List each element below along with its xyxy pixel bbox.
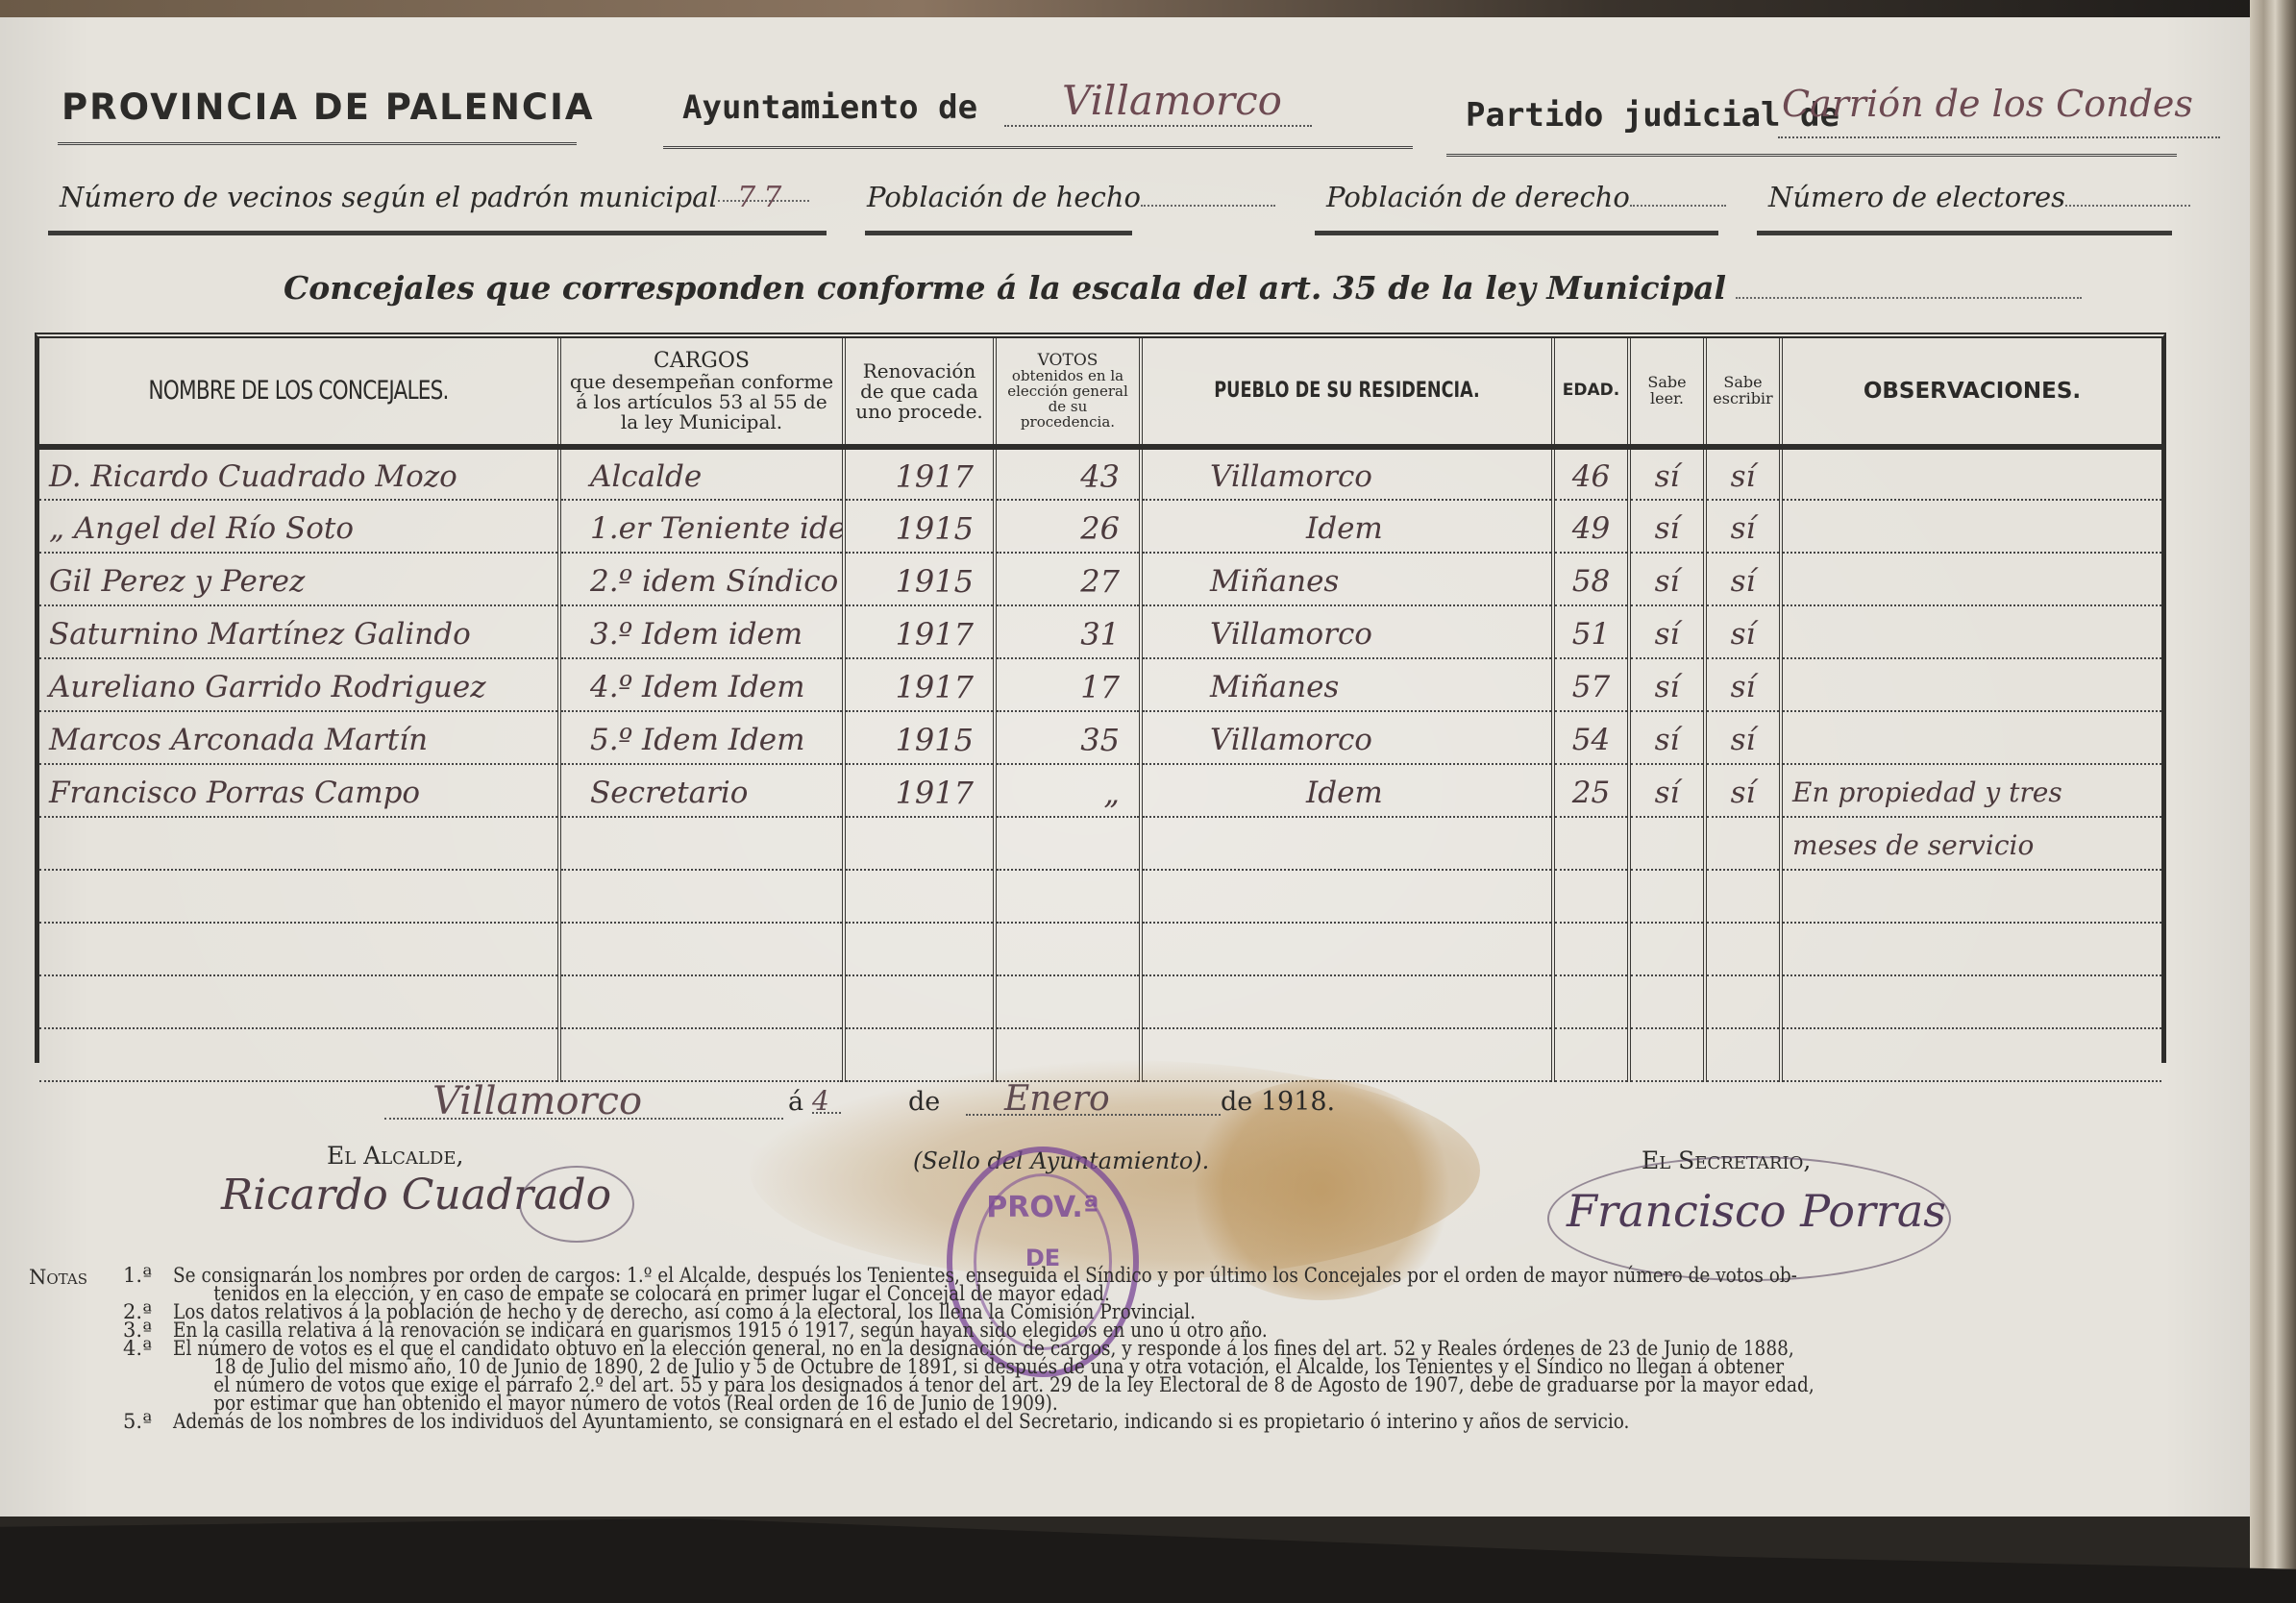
cell-sabe-escribir[interactable] bbox=[1705, 870, 1781, 923]
cell-votos[interactable]: 31 bbox=[995, 605, 1141, 658]
cell-renovacion[interactable] bbox=[844, 923, 995, 975]
cell-cargo[interactable]: Alcalde bbox=[559, 447, 844, 500]
col-header-observaciones: OBSERVACIONES. bbox=[1781, 338, 2161, 447]
cell-cargo[interactable]: 1.er Teniente idem bbox=[559, 500, 844, 553]
cell-observaciones[interactable] bbox=[1781, 553, 2161, 605]
note-item: 4.ªEl número de votos es el que el candi… bbox=[29, 1340, 2172, 1413]
cell-cargo[interactable] bbox=[559, 923, 844, 975]
cell-sabe-leer[interactable]: sí bbox=[1629, 605, 1705, 658]
cell-edad[interactable] bbox=[1553, 923, 1629, 975]
cell-nombre[interactable]: Gil Perez y Perez bbox=[39, 553, 559, 605]
notes-section: Notas 1.ªSe consignarán los nombres por … bbox=[29, 1267, 2172, 1431]
cell-renovacion[interactable] bbox=[844, 975, 995, 1028]
cell-cargo[interactable] bbox=[559, 975, 844, 1028]
cell-observaciones[interactable] bbox=[1781, 711, 2161, 764]
cell-sabe-escribir[interactable] bbox=[1705, 817, 1781, 870]
alcalde-label: El Alcalde, bbox=[327, 1142, 463, 1170]
cell-sabe-escribir[interactable]: sí bbox=[1705, 605, 1781, 658]
cell-pueblo[interactable] bbox=[1141, 975, 1553, 1028]
cell-edad[interactable]: 57 bbox=[1553, 658, 1629, 711]
cell-votos[interactable]: 35 bbox=[995, 711, 1141, 764]
table-row: D. Ricardo Cuadrado MozoAlcalde191743Vil… bbox=[39, 447, 2161, 500]
cell-nombre[interactable]: Francisco Porras Campo bbox=[39, 764, 559, 817]
cell-renovacion[interactable]: 1917 bbox=[844, 764, 995, 817]
cell-sabe-leer[interactable] bbox=[1629, 870, 1705, 923]
col-header-renovacion: Renovación de que cada uno procede. bbox=[844, 338, 995, 447]
cell-votos[interactable] bbox=[995, 923, 1141, 975]
cell-sabe-escribir[interactable]: sí bbox=[1705, 447, 1781, 500]
divider bbox=[1446, 154, 2177, 159]
col-header-pueblo: PUEBLO DE SU RESIDENCIA. bbox=[1141, 338, 1553, 447]
table-row: Gil Perez y Perez2.º idem Síndico191527M… bbox=[39, 553, 2161, 605]
table-row: „ Angel del Río Soto1.er Teniente idem19… bbox=[39, 500, 2161, 553]
cell-votos[interactable]: 27 bbox=[995, 553, 1141, 605]
cell-cargo[interactable] bbox=[559, 1028, 844, 1081]
cell-cargo[interactable]: 2.º idem Síndico bbox=[559, 553, 844, 605]
cell-sabe-leer[interactable] bbox=[1629, 923, 1705, 975]
cell-pueblo[interactable] bbox=[1141, 817, 1553, 870]
month-field[interactable]: Enero bbox=[966, 1079, 1221, 1116]
cell-sabe-escribir[interactable]: sí bbox=[1705, 658, 1781, 711]
cell-observaciones[interactable] bbox=[1781, 1028, 2161, 1081]
concejales-table: NOMBRE DE LOS CONCEJALES. CARGOSque dese… bbox=[35, 333, 2166, 1063]
cell-sabe-leer[interactable]: sí bbox=[1629, 711, 1705, 764]
province-title: PROVINCIA DE PALENCIA bbox=[62, 86, 594, 128]
table-row: meses de servicio bbox=[39, 817, 2161, 870]
cell-observaciones[interactable] bbox=[1781, 500, 2161, 553]
electores-label: Número de electores bbox=[1768, 181, 2065, 213]
cell-sabe-escribir[interactable] bbox=[1705, 1028, 1781, 1081]
col-header-votos: VOTOSobtenidos en la elección general de… bbox=[995, 338, 1141, 447]
cell-votos[interactable] bbox=[995, 975, 1141, 1028]
divider bbox=[58, 142, 577, 147]
signature-flourish bbox=[1547, 1156, 1951, 1281]
cell-edad[interactable]: 58 bbox=[1553, 553, 1629, 605]
cell-renovacion[interactable]: 1917 bbox=[844, 658, 995, 711]
cell-renovacion[interactable] bbox=[844, 870, 995, 923]
cell-cargo[interactable]: Secretario bbox=[559, 764, 844, 817]
book-page-edges bbox=[2250, 0, 2296, 1603]
cell-sabe-leer[interactable]: sí bbox=[1629, 553, 1705, 605]
cell-renovacion[interactable]: 1915 bbox=[844, 500, 995, 553]
cell-sabe-leer[interactable]: sí bbox=[1629, 658, 1705, 711]
concejales-escala-line: Concejales que corresponden conforme á l… bbox=[284, 269, 2082, 307]
cell-edad[interactable] bbox=[1553, 817, 1629, 870]
cell-sabe-escribir[interactable]: sí bbox=[1705, 764, 1781, 817]
cell-nombre[interactable]: D. Ricardo Cuadrado Mozo bbox=[39, 447, 559, 500]
book-shadow bbox=[0, 1518, 2296, 1603]
cell-nombre[interactable] bbox=[39, 870, 559, 923]
cell-observaciones[interactable] bbox=[1781, 923, 2161, 975]
document-page: PROVINCIA DE PALENCIA Ayuntamiento de Vi… bbox=[0, 17, 2254, 1517]
cell-sabe-escribir[interactable] bbox=[1705, 975, 1781, 1028]
note-item: 1.ªSe consignarán los nombres por orden … bbox=[29, 1267, 2172, 1303]
cell-votos[interactable]: 43 bbox=[995, 447, 1141, 500]
cell-nombre[interactable]: Saturnino Martínez Galindo bbox=[39, 605, 559, 658]
cell-observaciones[interactable]: meses de servicio bbox=[1781, 817, 2161, 870]
cell-cargo[interactable] bbox=[559, 870, 844, 923]
cell-observaciones[interactable] bbox=[1781, 447, 2161, 500]
cell-sabe-leer[interactable]: sí bbox=[1629, 447, 1705, 500]
divider bbox=[48, 231, 827, 235]
poblacion-derecho-group: Población de derecho bbox=[1326, 181, 1726, 213]
cell-cargo[interactable] bbox=[559, 817, 844, 870]
cell-nombre[interactable] bbox=[39, 817, 559, 870]
day-field[interactable]: 4 bbox=[812, 1085, 841, 1114]
cell-renovacion[interactable]: 1915 bbox=[844, 711, 995, 764]
cell-sabe-leer[interactable] bbox=[1629, 975, 1705, 1028]
cell-renovacion[interactable]: 1917 bbox=[844, 447, 995, 500]
divider bbox=[1315, 231, 1718, 235]
population-fields: Número de vecinos según el padrón munici… bbox=[48, 181, 2162, 248]
poblacion-hecho-group: Población de hecho bbox=[867, 181, 1275, 213]
cell-votos[interactable] bbox=[995, 870, 1141, 923]
cell-votos[interactable]: 17 bbox=[995, 658, 1141, 711]
cell-nombre[interactable]: Marcos Arconada Martín bbox=[39, 711, 559, 764]
table-row bbox=[39, 870, 2161, 923]
cell-edad[interactable]: 25 bbox=[1553, 764, 1629, 817]
vecinos-label: Número de vecinos según el padrón munici… bbox=[60, 181, 718, 213]
col-header-cargos: CARGOSque desempeñan conforme á los artí… bbox=[559, 338, 844, 447]
electores-group: Número de electores bbox=[1768, 181, 2190, 213]
table-row bbox=[39, 975, 2161, 1028]
table-row: Saturnino Martínez Galindo3.º Idem idem1… bbox=[39, 605, 2161, 658]
note-text-line: Además de los nombres de los individuos … bbox=[173, 1413, 1932, 1431]
table-row: Francisco Porras CampoSecretario1917„Ide… bbox=[39, 764, 2161, 817]
cell-votos[interactable] bbox=[995, 817, 1141, 870]
document-header: PROVINCIA DE PALENCIA Ayuntamiento de Vi… bbox=[58, 77, 2162, 154]
vecinos-field[interactable]: 77 bbox=[718, 181, 809, 202]
col-header-nombre: NOMBRE DE LOS CONCEJALES. bbox=[39, 338, 559, 447]
cell-observaciones[interactable]: En propiedad y tres bbox=[1781, 764, 2161, 817]
concejales-field[interactable] bbox=[1736, 280, 2082, 299]
place-field[interactable]: Villamorco bbox=[384, 1079, 783, 1120]
note-number: 5.ª bbox=[123, 1413, 152, 1431]
cell-sabe-escribir[interactable]: sí bbox=[1705, 711, 1781, 764]
year-label: de 1918. bbox=[1221, 1087, 1335, 1117]
cell-pueblo[interactable]: Idem bbox=[1141, 500, 1553, 553]
poblacion-hecho-field[interactable] bbox=[1141, 185, 1275, 207]
cell-renovacion[interactable]: 1917 bbox=[844, 605, 995, 658]
col-header-sabe-leer: Sabe leer. bbox=[1629, 338, 1705, 447]
cell-sabe-leer[interactable] bbox=[1629, 817, 1705, 870]
cell-nombre[interactable]: „ Angel del Río Soto bbox=[39, 500, 559, 553]
ayuntamiento-label: Ayuntamiento de bbox=[682, 88, 977, 127]
cell-nombre[interactable]: Aureliano Garrido Rodriguez bbox=[39, 658, 559, 711]
cell-sabe-leer[interactable]: sí bbox=[1629, 500, 1705, 553]
cell-renovacion[interactable]: 1915 bbox=[844, 553, 995, 605]
cell-observaciones[interactable] bbox=[1781, 975, 2161, 1028]
cell-pueblo[interactable]: Miñanes bbox=[1141, 658, 1553, 711]
note-item: 5.ªAdemás de los nombres de los individu… bbox=[29, 1413, 2172, 1431]
cell-nombre[interactable] bbox=[39, 923, 559, 975]
cell-renovacion[interactable] bbox=[844, 817, 995, 870]
table-row: Marcos Arconada Martín5.º Idem Idem19153… bbox=[39, 711, 2161, 764]
cell-sabe-escribir[interactable]: sí bbox=[1705, 500, 1781, 553]
col-header-sabe-escribir: Sabe escribir bbox=[1705, 338, 1781, 447]
cell-nombre[interactable] bbox=[39, 975, 559, 1028]
cell-cargo[interactable]: 4.º Idem Idem bbox=[559, 658, 844, 711]
cell-edad[interactable]: 51 bbox=[1553, 605, 1629, 658]
cell-pueblo[interactable]: Villamorco bbox=[1141, 711, 1553, 764]
cell-edad[interactable] bbox=[1553, 1028, 1629, 1081]
cell-edad[interactable] bbox=[1553, 975, 1629, 1028]
cell-sabe-leer[interactable]: sí bbox=[1629, 764, 1705, 817]
cell-pueblo[interactable]: Miñanes bbox=[1141, 553, 1553, 605]
cell-observaciones[interactable] bbox=[1781, 870, 2161, 923]
de-label: de bbox=[908, 1087, 940, 1117]
poblacion-hecho-label: Población de hecho bbox=[867, 181, 1141, 213]
divider bbox=[865, 231, 1132, 235]
cell-cargo[interactable]: 3.º Idem idem bbox=[559, 605, 844, 658]
cell-sabe-leer[interactable] bbox=[1629, 1028, 1705, 1081]
table-header-row: NOMBRE DE LOS CONCEJALES. CARGOSque dese… bbox=[39, 338, 2161, 447]
vecinos-group: Número de vecinos según el padrón munici… bbox=[60, 181, 809, 213]
cell-sabe-escribir[interactable]: sí bbox=[1705, 553, 1781, 605]
cell-nombre[interactable] bbox=[39, 1028, 559, 1081]
partido-field[interactable]: Carrión de los Condes bbox=[1778, 83, 2220, 138]
poblacion-derecho-label: Población de derecho bbox=[1326, 181, 1630, 213]
divider bbox=[1757, 231, 2172, 235]
cell-sabe-escribir[interactable] bbox=[1705, 923, 1781, 975]
cell-pueblo[interactable]: Villamorco bbox=[1141, 447, 1553, 500]
a-label: á bbox=[788, 1087, 803, 1117]
cell-pueblo[interactable] bbox=[1141, 870, 1553, 923]
cell-edad[interactable]: 49 bbox=[1553, 500, 1629, 553]
table-row: Aureliano Garrido Rodriguez4.º Idem Idem… bbox=[39, 658, 2161, 711]
divider bbox=[663, 146, 1413, 151]
cell-pueblo[interactable] bbox=[1141, 923, 1553, 975]
cell-observaciones[interactable] bbox=[1781, 658, 2161, 711]
poblacion-derecho-field[interactable] bbox=[1630, 185, 1726, 207]
cell-observaciones[interactable] bbox=[1781, 605, 2161, 658]
note-number: 4.ª bbox=[123, 1340, 152, 1358]
cell-edad[interactable] bbox=[1553, 870, 1629, 923]
table-row bbox=[39, 923, 2161, 975]
ayuntamiento-field[interactable]: Villamorco bbox=[1004, 77, 1312, 127]
cell-cargo[interactable]: 5.º Idem Idem bbox=[559, 711, 844, 764]
cell-pueblo[interactable]: Villamorco bbox=[1141, 605, 1553, 658]
cell-votos[interactable]: 26 bbox=[995, 500, 1141, 553]
concejales-label: Concejales que corresponden conforme á l… bbox=[284, 269, 1726, 307]
note-number: 1.ª bbox=[123, 1267, 152, 1285]
cell-edad[interactable]: 46 bbox=[1553, 447, 1629, 500]
cell-edad[interactable]: 54 bbox=[1553, 711, 1629, 764]
col-header-edad: EDAD. bbox=[1553, 338, 1629, 447]
cell-pueblo[interactable]: Idem bbox=[1141, 764, 1553, 817]
cell-votos[interactable]: „ bbox=[995, 764, 1141, 817]
electores-field[interactable] bbox=[2065, 185, 2190, 207]
signature-flourish bbox=[519, 1166, 634, 1243]
